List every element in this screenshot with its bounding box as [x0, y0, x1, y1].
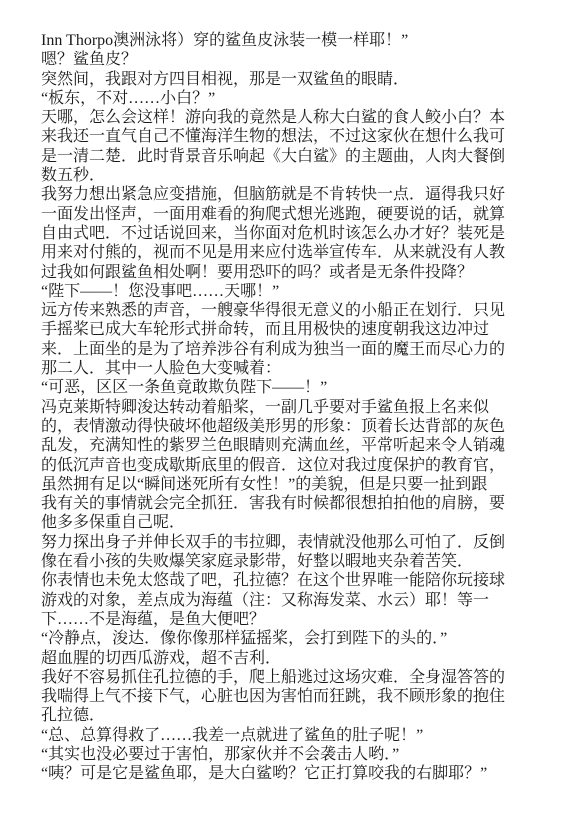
text-line: 乱发，充满知性的紫罗兰色眼睛则充满血丝，平常听起来令人销魂: [41, 436, 557, 455]
text-line: 嗯？鲨鱼皮？: [41, 50, 557, 69]
text-line: 远方传来熟悉的声音，一艘豪华得很无意义的小船正在划行．只见: [41, 301, 557, 320]
text-line: Inn Thorpo澳洲泳将）穿的鲨鱼皮泳装一模一样耶！”: [41, 31, 557, 50]
text-line: “总、总算得救了……我差一点就进了鲨鱼的肚子呢！”: [41, 726, 557, 745]
text-line: 我喘得上气不接下气，心脏也因为害怕而狂跳，我不顾形象的抱住: [41, 687, 557, 706]
text-line: “咦？可是它是鲨鱼耶，是大白鲨哟？它正打算咬我的右脚耶？”: [41, 764, 557, 783]
text-line: 虽然拥有足以“瞬间迷死所有女性！”的美貌，但是只要一扯到跟: [41, 475, 557, 494]
text-line: 天哪，怎么会这样！游向我的竟然是人称大白鲨的食人鲛小白？本: [41, 108, 557, 127]
text-line: “板东，不对……小白？”: [41, 89, 557, 108]
text-line: 超血腥的切西瓜游戏，超不吉利．: [41, 649, 557, 668]
text-line: 他多多保重自己呢．: [41, 513, 557, 532]
text-line: 过我如何跟鲨鱼相处啊！要用恐吓的吗？或者是无条件投降？: [41, 263, 557, 282]
text-line: 那二人．其中一人脸色大变喊着：: [41, 359, 557, 378]
text-line: 一面发出怪声，一面用难看的狗爬式想光逃跑，硬要说的话，就算: [41, 205, 557, 224]
text-line: 来我还一直气自己不懂海洋生物的想法，不过这家伙在想什么我可: [41, 127, 557, 146]
text-line: 我好不容易抓住孔拉德的手，爬上船逃过这场灾难．全身湿答答的: [41, 668, 557, 687]
text-line: “可恶，区区一条鱼竟敢欺负陛下——！”: [41, 378, 557, 397]
document-sheet: Inn Thorpo澳洲泳将）穿的鲨鱼皮泳装一模一样耶！”嗯？鲨鱼皮？突然间，我…: [0, 0, 583, 828]
text-line: 来．上面坐的是为了培养涉谷有利成为独当一面的魔王而尽心力的: [41, 340, 557, 359]
text-block: Inn Thorpo澳洲泳将）穿的鲨鱼皮泳装一模一样耶！”嗯？鲨鱼皮？突然间，我…: [41, 31, 557, 784]
text-line: 突然间，我跟对方四目相视，那是一双鲨鱼的眼睛．: [41, 70, 557, 89]
text-line: 用来对付熊的，视而不见是用来应付选举宣传车．从来就没有人教: [41, 243, 557, 262]
text-line: 自由式吧．不过话说回来，当你面对危机时该怎么办才好？装死是: [41, 224, 557, 243]
text-line: 游戏的对象，差点成为海蕴（注：又称海发菜、水云）耶！等一: [41, 591, 557, 610]
text-line: 的低沉声音也变成歇斯底里的假音．这位对我过度保护的教育官，: [41, 456, 557, 475]
text-line: 数五秒．: [41, 166, 557, 185]
text-line: 是一清二楚．此时背景音乐响起《大白鲨》的主题曲，人肉大餐倒: [41, 147, 557, 166]
text-line: 手摇桨已成大车轮形式拼命转，而且用极快的速度朝我这边冲过: [41, 320, 557, 339]
text-line: 孔拉德．: [41, 706, 557, 725]
text-line: 我有关的事情就会完全抓狂．害我有时候都很想拍拍他的肩膀，要: [41, 494, 557, 513]
text-line: “其实也没必要过于害怕，那家伙并不会袭击人哟．”: [41, 745, 557, 764]
text-line: 下……不是海蕴，是鱼大便吧？: [41, 610, 557, 629]
text-line: 努力探出身子并伸长双手的韦拉卿，表情就没他那么可怕了．反倒: [41, 533, 557, 552]
text-line: “冷静点，浚达．像你像那样猛摇桨，会打到陛下的头的．”: [41, 629, 557, 648]
text-line: 冯克莱斯特卿浚达转动着船桨，一副几乎要对手鲨鱼报上名来似: [41, 398, 557, 417]
text-line: 你表情也未免太悠哉了吧，孔拉德？在这个世界唯一能陪你玩接球: [41, 571, 557, 590]
text-line: 我努力想出紧急应变措施，但脑筋就是不肯转快一点．逼得我只好: [41, 185, 557, 204]
page-background: { "document": { "background_color": "#ff…: [0, 0, 583, 828]
text-line: 像在看小孩的失败爆笑家庭录影带，好整以暇地夹杂着苦笑．: [41, 552, 557, 571]
text-line: 的，表情激动得快破坏他超级美形男的形象：顶着长达背部的灰色: [41, 417, 557, 436]
text-line: “陛下——！您没事吧……天哪！”: [41, 282, 557, 301]
